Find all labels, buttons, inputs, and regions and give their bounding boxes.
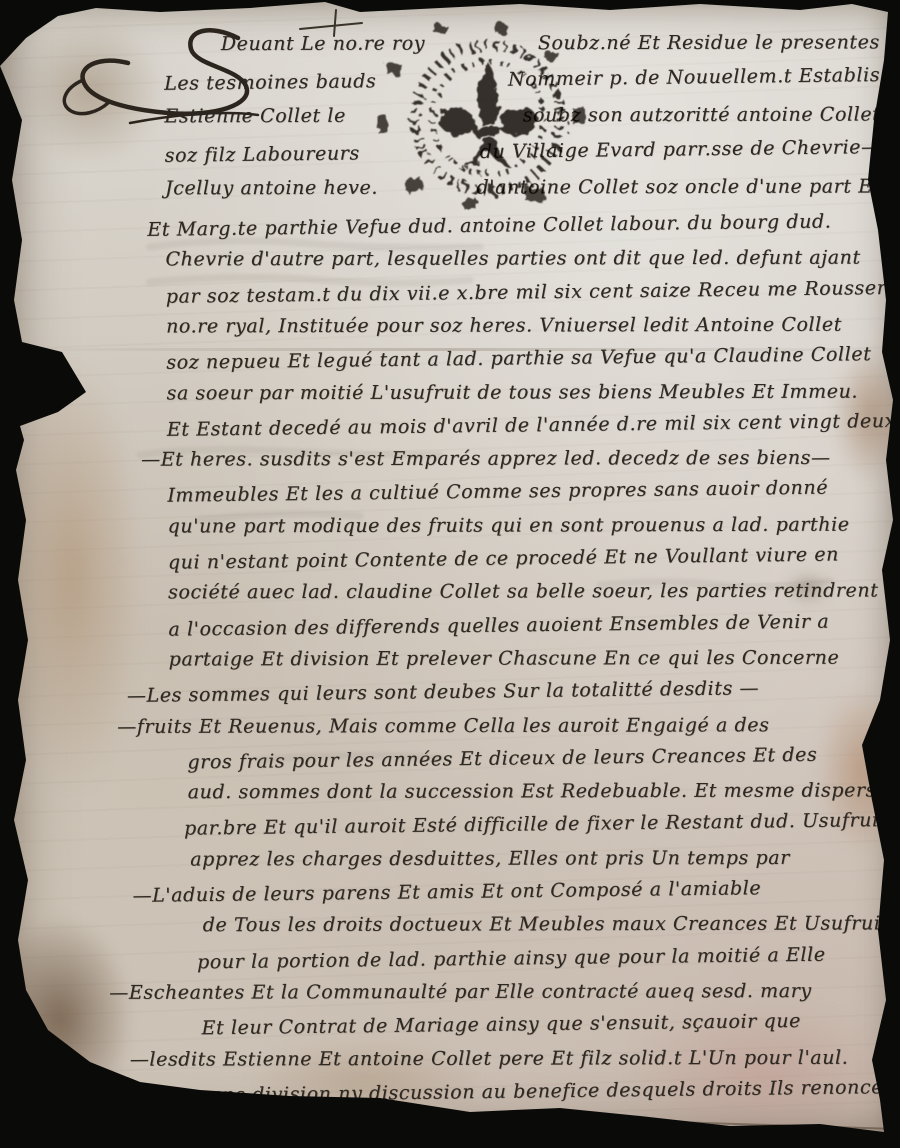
text-line-9: no.re ryal, Instituée pour soz heres. Vn… xyxy=(166,315,842,338)
text-line-21: —fruits Et Reuenus, Mais comme Cella les… xyxy=(117,715,769,738)
text-line-24: par.bre Et qu'il auroit Esté difficille … xyxy=(184,810,887,839)
text-line-12: Et Estant decedé au mois d'avril de l'an… xyxy=(167,411,896,441)
text-line-17: société auec lad. claudine Collet sa bel… xyxy=(168,580,878,603)
photo-background: Deuant Le no.re roySoubz.né Et Residue l… xyxy=(0,0,900,1148)
text-line-7: Chevrie d'autre part, lesquelles parties… xyxy=(166,248,861,271)
text-line-13: —Et heres. susdits s'est Emparés apprez … xyxy=(141,448,831,471)
text-line-18: a l'occasion des differends quelles auoi… xyxy=(168,612,829,641)
line-left-segment: soz filz Laboureurs xyxy=(165,143,360,166)
line-left-segment: Jcelluy antoine heve. xyxy=(165,178,378,199)
text-line-15: qu'une part modique des fruits qui en so… xyxy=(168,515,850,538)
initial-d-flourish xyxy=(38,22,288,137)
text-line-31: —lesdits Estienne Et antoine Collet pere… xyxy=(130,1048,849,1071)
text-line-32: sans division ny discussion au benefice … xyxy=(200,1077,900,1106)
text-line-20: —Les sommes qui leurs sont deubes Sur la… xyxy=(127,678,759,707)
text-line-23: aud. sommes dont la succession Est Redeb… xyxy=(188,780,899,803)
text-line-10: soz nepueu Et legué tant a lad. parthie … xyxy=(166,344,871,374)
text-line-26: —L'aduis de leurs parens Et amis Et ont … xyxy=(132,878,761,907)
text-line-14: Immeubles Et les a cultiué Comme ses pro… xyxy=(167,478,828,507)
under-page-edge xyxy=(700,1130,900,1146)
manuscript-page: Deuant Le no.re roySoubz.né Et Residue l… xyxy=(0,0,900,1148)
text-line-29: —Escheantes Et la Communaulté par Elle c… xyxy=(109,981,811,1004)
notarial-cross-icon xyxy=(296,6,366,40)
fleur-de-lis-stamp xyxy=(376,22,604,222)
text-line-19: partaige Et division Et prelever Chascun… xyxy=(169,648,840,671)
text-line-25: apprez les charges desduittes, Elles ont… xyxy=(190,848,790,870)
text-line-27: de Tous les droits doctueux Et Meubles m… xyxy=(203,913,889,936)
text-line-11: sa soeur par moitié L'usufruit de tous s… xyxy=(167,382,859,405)
text-line-28: pour la portion de lad. parthie ainsy qu… xyxy=(197,945,826,974)
text-line-8: par soz testam.t du dix vii.e x.bre mil … xyxy=(166,278,887,308)
text-line-30: Et leur Contrat de Mariage ainsy que s'e… xyxy=(201,1011,801,1039)
text-line-16: qui n'estant point Contente de ce proced… xyxy=(168,544,839,573)
text-line-22: gros frais pour les années Et diceux de … xyxy=(187,745,817,774)
